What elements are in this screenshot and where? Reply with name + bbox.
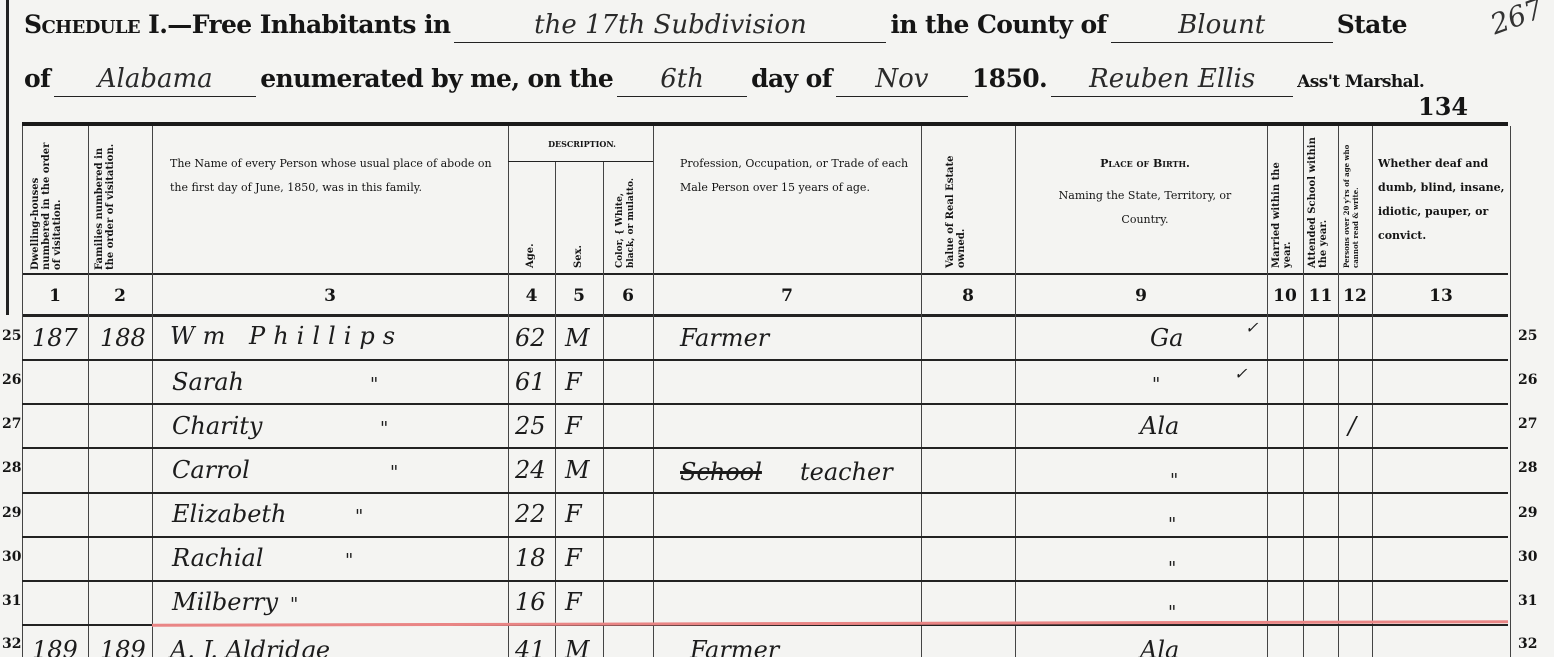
- birthplace: ": [1168, 602, 1176, 623]
- col-divider: [1372, 126, 1373, 657]
- year: 1850.: [972, 64, 1047, 93]
- line-number-left: 27: [2, 416, 21, 432]
- sex: F: [565, 412, 582, 440]
- family-number: 189: [100, 636, 146, 657]
- age: 62: [515, 324, 546, 352]
- line-number-right: 30: [1518, 549, 1537, 565]
- col-4-header: Age.: [525, 230, 536, 268]
- county-label: in the County of: [890, 10, 1106, 39]
- ditto-mark: ": [345, 550, 353, 571]
- table-top-rule: [22, 122, 1508, 126]
- day-of-label: day of: [751, 64, 832, 93]
- subdivision-field: the 17th Subdivision: [454, 8, 886, 43]
- birthplace: Ga: [1150, 324, 1183, 352]
- sex: M: [565, 324, 590, 352]
- sex: F: [565, 368, 582, 396]
- description-rule: [508, 161, 653, 162]
- description-group-header: Description.: [520, 132, 644, 156]
- ditto-mark: ": [380, 418, 388, 439]
- row-rule: [22, 580, 1508, 582]
- col-divider: [921, 126, 922, 657]
- col-divider: [1015, 126, 1016, 657]
- birthplace: ": [1170, 470, 1178, 491]
- title-prefix: —Free Inhabitants in: [167, 10, 450, 39]
- line-number-left: 32: [2, 636, 21, 652]
- ditto-mark: ": [355, 506, 363, 527]
- col-number: 12: [1338, 286, 1372, 306]
- row-rule: [22, 536, 1508, 538]
- sex: M: [565, 456, 590, 484]
- col-number: 1: [22, 286, 88, 306]
- col-divider: [22, 126, 23, 657]
- marshal-name-field: Reuben Ellis: [1051, 62, 1293, 97]
- ditto-mark: ": [290, 594, 298, 615]
- state-field: Alabama: [54, 62, 256, 97]
- month-field: Nov: [836, 62, 968, 97]
- line-number-left: 30: [2, 549, 21, 565]
- col-3-header: The Name of every Person whose usual pla…: [170, 152, 500, 200]
- margin-note: 267: [1486, 0, 1548, 41]
- page-border: [6, 0, 9, 315]
- col-5-header: Sex.: [573, 230, 584, 268]
- row-rule: [22, 447, 1508, 449]
- row-rule: [22, 492, 1508, 494]
- header-bottom-rule: [22, 273, 1508, 275]
- line-number-left: 25: [2, 328, 21, 344]
- page-number: 134: [1418, 92, 1468, 121]
- col-divider: [1338, 126, 1339, 657]
- col-number: 10: [1267, 286, 1303, 306]
- col-number: 13: [1372, 286, 1510, 306]
- col-divider: [653, 126, 654, 657]
- of-label: of: [24, 64, 50, 93]
- cannot-read-write-mark: /: [1348, 412, 1356, 440]
- col-8-header: Value of Real Estate owned.: [945, 140, 967, 268]
- col-divider: [152, 126, 153, 657]
- line-number-right: 26: [1518, 372, 1537, 388]
- line-number-left: 28: [2, 460, 21, 476]
- schedule-label: Schedule I.: [24, 10, 167, 39]
- col-number: 4: [508, 286, 555, 306]
- person-name: Carrol: [172, 456, 250, 484]
- line-number-left: 29: [2, 505, 21, 521]
- col-divider: [1267, 126, 1268, 657]
- sex: F: [565, 544, 582, 572]
- age: 61: [515, 368, 546, 396]
- col-divider: [1510, 126, 1511, 657]
- col-10-header: Married within the year.: [1271, 134, 1293, 268]
- birthplace: Ala: [1140, 412, 1179, 440]
- col-number: 6: [603, 286, 653, 306]
- marshal-label: Ass't Marshal.: [1297, 72, 1424, 92]
- age: 24: [515, 456, 546, 484]
- line-number-right: 27: [1518, 416, 1537, 432]
- title-line-1: Schedule I.—Free Inhabitants in the 17th…: [24, 8, 1407, 43]
- dwelling-number: 189: [32, 636, 78, 657]
- col-divider: [603, 162, 604, 657]
- row-rule: [22, 403, 1508, 405]
- age: 22: [515, 500, 546, 528]
- check-mark: ✓: [1234, 364, 1247, 383]
- col-number: 11: [1303, 286, 1338, 306]
- col-number: 5: [555, 286, 603, 306]
- line-number-right: 32: [1518, 636, 1537, 652]
- col-number: 2: [88, 286, 152, 306]
- place-of-birth-sub: Naming the State, Territory, or Country.: [1035, 184, 1255, 232]
- person-name: Wm Phillips: [170, 322, 403, 350]
- county-field: Blount: [1111, 8, 1333, 43]
- line-number-right: 28: [1518, 460, 1537, 476]
- col-number: 8: [921, 286, 1015, 306]
- col-11-header: Attended School within the year.: [1307, 134, 1329, 268]
- enumerated-label: enumerated by me, on the: [260, 64, 613, 93]
- dwelling-number: 187: [32, 324, 78, 352]
- birthplace: ": [1168, 558, 1176, 579]
- occupation: Farmer: [680, 324, 769, 352]
- birthplace: ": [1152, 374, 1160, 395]
- census-page: Schedule I.—Free Inhabitants in the 17th…: [0, 0, 1554, 657]
- occupation-struck: School: [680, 458, 762, 486]
- age: 25: [515, 412, 546, 440]
- col-divider: [88, 126, 89, 657]
- colnum-bottom-rule: [22, 314, 1508, 317]
- person-name: Sarah: [172, 368, 244, 396]
- col-12-header: Persons over 20 y'rs of age who cannot r…: [1342, 134, 1360, 268]
- person-name: A. J. Aldridge: [170, 636, 330, 657]
- place-of-birth-title: Place of Birth.: [1035, 152, 1255, 176]
- family-number: 188: [100, 324, 146, 352]
- sex: F: [565, 588, 582, 616]
- age: 41: [515, 636, 546, 657]
- occupation: Farmer: [690, 636, 779, 657]
- col-divider: [1303, 126, 1304, 657]
- person-name: Milberry: [172, 588, 278, 616]
- row-rule: [22, 359, 1508, 361]
- col-number: 9: [1015, 286, 1267, 306]
- line-number-right: 31: [1518, 593, 1537, 609]
- age: 16: [515, 588, 546, 616]
- sex: F: [565, 500, 582, 528]
- title-line-2: of Alabama enumerated by me, on the 6th …: [24, 62, 1424, 97]
- person-name: Elizabeth: [172, 500, 287, 528]
- col-2-header: Families numbered in the order of visita…: [94, 134, 116, 270]
- col-number: 3: [152, 286, 508, 306]
- col-divider: [508, 126, 509, 657]
- person-name: Rachial: [172, 544, 264, 572]
- col-7-header: Profession, Occupation, or Trade of each…: [680, 152, 910, 200]
- col-divider: [555, 162, 556, 657]
- state-label: State: [1337, 10, 1407, 39]
- col-6-header: Color, { White, black, or mulatto.: [615, 168, 637, 268]
- ditto-mark: ": [390, 462, 398, 483]
- birthplace: Ala: [1140, 636, 1179, 657]
- line-number-right: 25: [1518, 328, 1537, 344]
- col-number: 7: [653, 286, 921, 306]
- sex: M: [565, 636, 590, 657]
- ditto-mark: ": [370, 374, 378, 395]
- age: 18: [515, 544, 546, 572]
- col-1-header: Dwelling-houses numbered in the order of…: [30, 134, 63, 270]
- check-mark: ✓: [1245, 318, 1258, 337]
- birthplace: ": [1168, 514, 1176, 535]
- line-number-right: 29: [1518, 505, 1537, 521]
- day-field: 6th: [617, 62, 747, 97]
- line-number-left: 26: [2, 372, 21, 388]
- occupation: teacher: [800, 458, 893, 486]
- person-name: Charity: [172, 412, 262, 440]
- col-13-header: Whether deaf and dumb, blind, insane, id…: [1378, 152, 1506, 248]
- line-number-left: 31: [2, 593, 21, 609]
